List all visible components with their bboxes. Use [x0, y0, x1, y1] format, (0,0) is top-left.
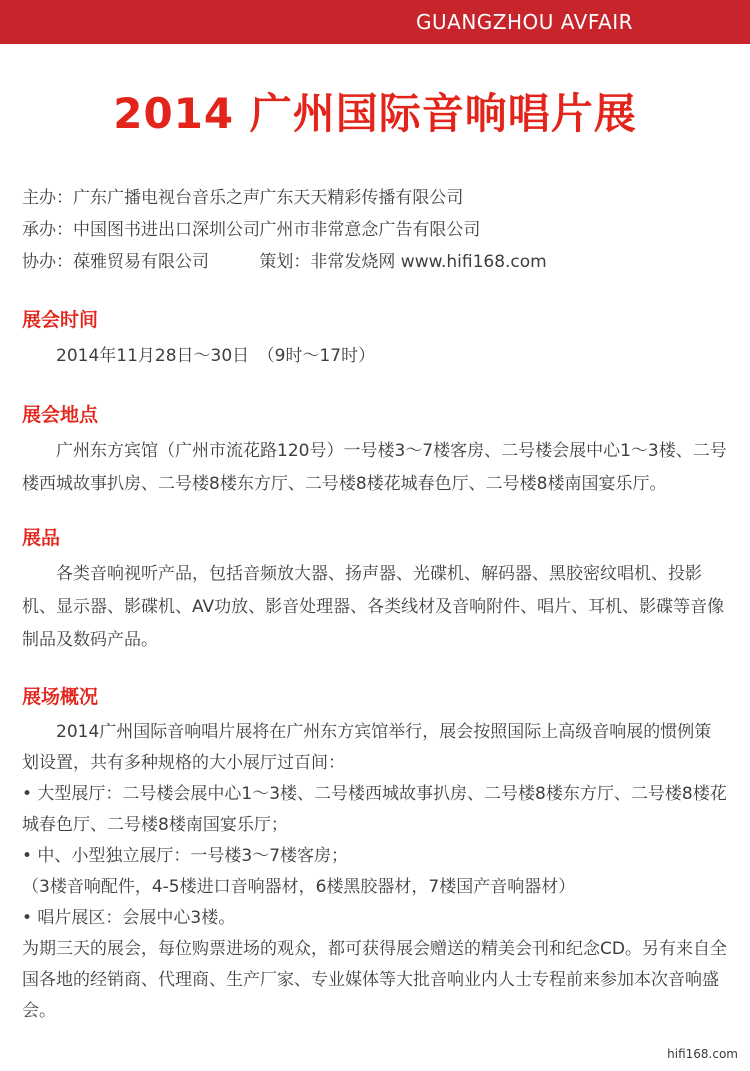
section-heading-time: 展会时间: [22, 308, 728, 332]
organizer-row-coorganizer: 协办：葆雅贸易有限公司 策划：非常发烧网 www.hifi168.com: [22, 246, 728, 278]
exhibits-text: 各类音响视听产品，包括音频放大器、扬声器、光碟机、解码器、黑胶密纹唱机、投影机、…: [22, 558, 728, 657]
section-heading-overview: 展场概况: [22, 685, 728, 709]
organizer-info: 主办：广东广播电视台音乐之声 广东天天精彩传播有限公司 承办：中国图书进出口深圳…: [22, 182, 728, 278]
section-heading-exhibits: 展品: [22, 526, 728, 550]
section-exhibition-time: 展会时间 2014年11月28日～30日 （9时～17时）: [22, 308, 728, 373]
organizer-undertaker-partner: 广州市非常意念广告有限公司: [259, 214, 480, 246]
section-exhibition-venue: 展会地点 广州东方宾馆（广州市流花路120号）一号楼3～7楼客房、二号楼会展中心…: [22, 403, 728, 501]
overview-bullet-record-zone: • 唱片展区：会展中心3楼。: [22, 903, 728, 934]
footer-site-label: hifi168.com: [667, 1047, 738, 1061]
organizer-coorganizer-label: 协办：葆雅贸易有限公司: [22, 246, 254, 278]
organizer-planner-label: 策划：非常发烧网 www.hifi168.com: [259, 246, 546, 278]
overview-bullet-small-halls: • 中、小型独立展厅：一号楼3～7楼客房；: [22, 841, 728, 872]
overview-floor-note: （3楼音响配件，4-5楼进口音响器材，6楼黑胶器材，7楼国产音响器材）: [22, 872, 728, 903]
exhibition-venue-text: 广州东方宾馆（广州市流花路120号）一号楼3～7楼客房、二号楼会展中心1～3楼、…: [22, 435, 728, 501]
overview-intro-text: 2014广州国际音响唱片展将在广州东方宾馆举行，展会按照国际上高级音响展的惯例策…: [22, 717, 728, 779]
section-exhibits: 展品 各类音响视听产品，包括音频放大器、扬声器、光碟机、解码器、黑胶密纹唱机、投…: [22, 526, 728, 657]
overview-closing-text: 为期三天的展会，每位购票进场的观众，都可获得展会赠送的精美会刊和纪念CD。另有来…: [22, 934, 728, 1027]
section-venue-overview: 展场概况 2014广州国际音响唱片展将在广州东方宾馆举行，展会按照国际上高级音响…: [22, 685, 728, 1027]
exhibition-time-text: 2014年11月28日～30日 （9时～17时）: [22, 340, 728, 373]
main-content: 展会时间 2014年11月28日～30日 （9时～17时） 展会地点 广州东方宾…: [22, 308, 728, 1027]
organizer-row-undertaker: 承办：中国图书进出口深圳公司 广州市非常意念广告有限公司: [22, 214, 728, 246]
top-banner: GUANGZHOU AVFAIR: [0, 0, 750, 44]
organizer-row-host: 主办：广东广播电视台音乐之声 广东天天精彩传播有限公司: [22, 182, 728, 214]
page-title: 2014 广州国际音响唱片展: [0, 90, 750, 138]
section-heading-venue: 展会地点: [22, 403, 728, 427]
organizer-host-label: 主办：广东广播电视台音乐之声: [22, 182, 254, 214]
organizer-undertaker-label: 承办：中国图书进出口深圳公司: [22, 214, 254, 246]
overview-bullet-large-halls: • 大型展厅：二号楼会展中心1～3楼、二号楼西城故事扒房、二号楼8楼东方厅、二号…: [22, 779, 728, 841]
organizer-host-partner: 广东天天精彩传播有限公司: [259, 182, 463, 214]
banner-text: GUANGZHOU AVFAIR: [416, 10, 633, 34]
